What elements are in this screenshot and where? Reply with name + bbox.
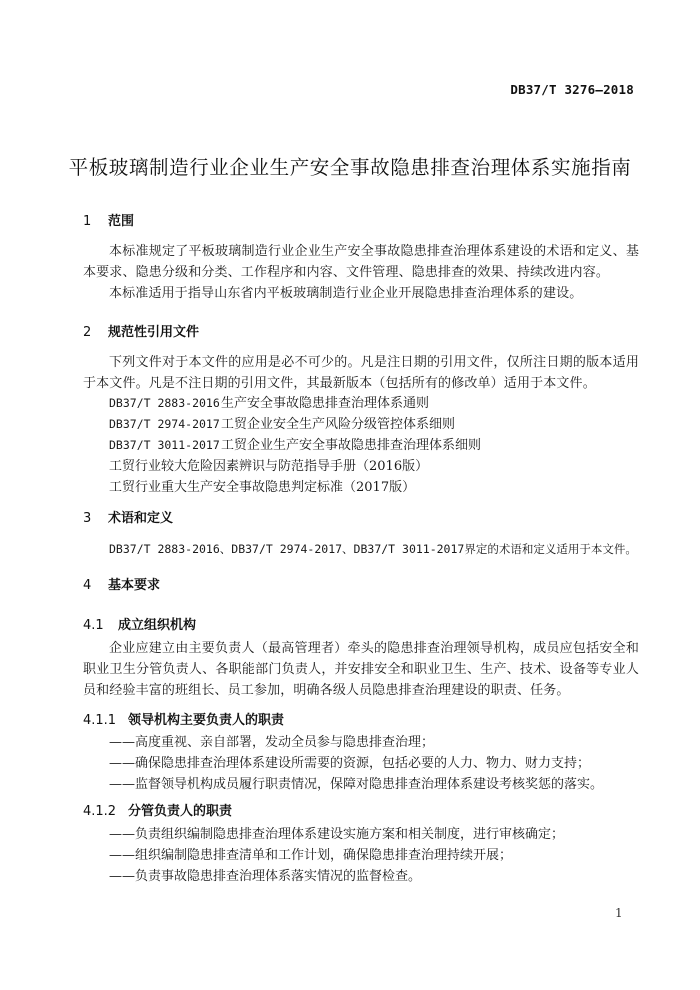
duty-list-item: ——监督领导机构成员履行职责情况，保障对隐患排查治理体系建设考核奖惩的落实。 xyxy=(109,774,603,795)
reference-title: 工贸企业生产安全事故隐患排查治理体系细则 xyxy=(221,438,481,453)
duty-list-item: ——组织编制隐患排查清单和工作计划，确保隐患排查治理持续开展； xyxy=(109,845,512,866)
section-2-heading: 2规范性引用文件 xyxy=(83,321,199,340)
terms-definitions-text: DB37/T 2883-2016、DB37/T 2974-2017、DB37/T… xyxy=(109,539,637,560)
reference-item: DB37/T 2883-2016生产安全事故隐患排查治理体系通则 xyxy=(109,393,429,414)
reference-title: 生产安全事故隐患排查治理体系通则 xyxy=(221,396,429,411)
reference-code: DB37/T 2974-2017 xyxy=(109,414,221,435)
section-3-heading: 3术语和定义 xyxy=(83,507,173,526)
section-title: 规范性引用文件 xyxy=(108,321,199,340)
document-page: DB37/T 3276—2018 平板玻璃制造行业企业生产安全事故隐患排查治理体… xyxy=(0,0,700,990)
section-title: 范围 xyxy=(108,210,134,229)
reference-item: 工贸行业重大生产安全事故隐患判定标准（2017版） xyxy=(109,477,415,498)
section-title: 基本要求 xyxy=(108,574,160,593)
reference-title: 工贸企业安全生产风险分级管控体系细则 xyxy=(221,417,455,432)
section-4-heading: 4基本要求 xyxy=(83,574,160,593)
reference-code: DB37/T 3011-2017 xyxy=(109,435,221,456)
section-4-1-1-heading: 4.1.1领导机构主要负责人的职责 xyxy=(83,709,284,728)
reference-item: 工贸行业较大危险因素辨识与防范指导手册（2016版） xyxy=(109,456,428,477)
reference-item: DB37/T 3011-2017工贸企业生产安全事故隐患排查治理体系细则 xyxy=(109,435,481,456)
section-title: 术语和定义 xyxy=(108,507,173,526)
duty-list-item: ——负责组织编制隐患排查治理体系建设实施方案和相关制度，进行审核确定； xyxy=(109,824,564,845)
section-title: 领导机构主要负责人的职责 xyxy=(128,709,284,728)
document-title: 平板玻璃制造行业企业生产安全事故隐患排查治理体系实施指南 xyxy=(0,152,700,180)
section-number: 3 xyxy=(83,511,108,526)
normative-references-intro: 下列文件对于本文件的应用是必不可少的。凡是注日期的引用文件，仅所注日期的版本适用… xyxy=(83,352,639,394)
scope-paragraph-2: 本标准适用于指导山东省内平板玻璃制造行业企业开展隐患排查治理体系的建设。 xyxy=(83,283,639,304)
duty-list-item: ——确保隐患排查治理体系建设所需要的资源，包括必要的人力、物力、财力支持； xyxy=(109,753,590,774)
section-4-1-2-heading: 4.1.2分管负责人的职责 xyxy=(83,800,232,819)
scope-paragraph-1: 本标准规定了平板玻璃制造行业企业生产安全事故隐患排查治理体系建设的术语和定义、基… xyxy=(83,241,639,283)
section-number: 1 xyxy=(83,214,108,229)
section-number: 2 xyxy=(83,325,108,340)
section-title: 分管负责人的职责 xyxy=(128,800,232,819)
section-number: 4.1.1 xyxy=(83,713,128,728)
reference-item: DB37/T 2974-2017工贸企业安全生产风险分级管控体系细则 xyxy=(109,414,455,435)
section-number: 4.1.2 xyxy=(83,804,128,819)
duty-list-item: ——负责事故隐患排查治理体系落实情况的监督检查。 xyxy=(109,866,421,887)
reference-code: DB37/T 2883-2016 xyxy=(109,393,221,414)
page-number: 1 xyxy=(615,906,623,920)
standard-code: DB37/T 3276—2018 xyxy=(510,82,634,97)
section-number: 4.1 xyxy=(83,618,118,633)
organization-paragraph: 企业应建立由主要负责人（最高管理者）牵头的隐患排查治理领导机构，成员应包括安全和… xyxy=(83,638,639,701)
section-1-heading: 1范围 xyxy=(83,210,134,229)
section-number: 4 xyxy=(83,578,108,593)
section-title: 成立组织机构 xyxy=(118,614,196,633)
duty-list-item: ——高度重视、亲自部署，发动全员参与隐患排查治理； xyxy=(109,732,434,753)
section-4-1-heading: 4.1成立组织机构 xyxy=(83,614,196,633)
